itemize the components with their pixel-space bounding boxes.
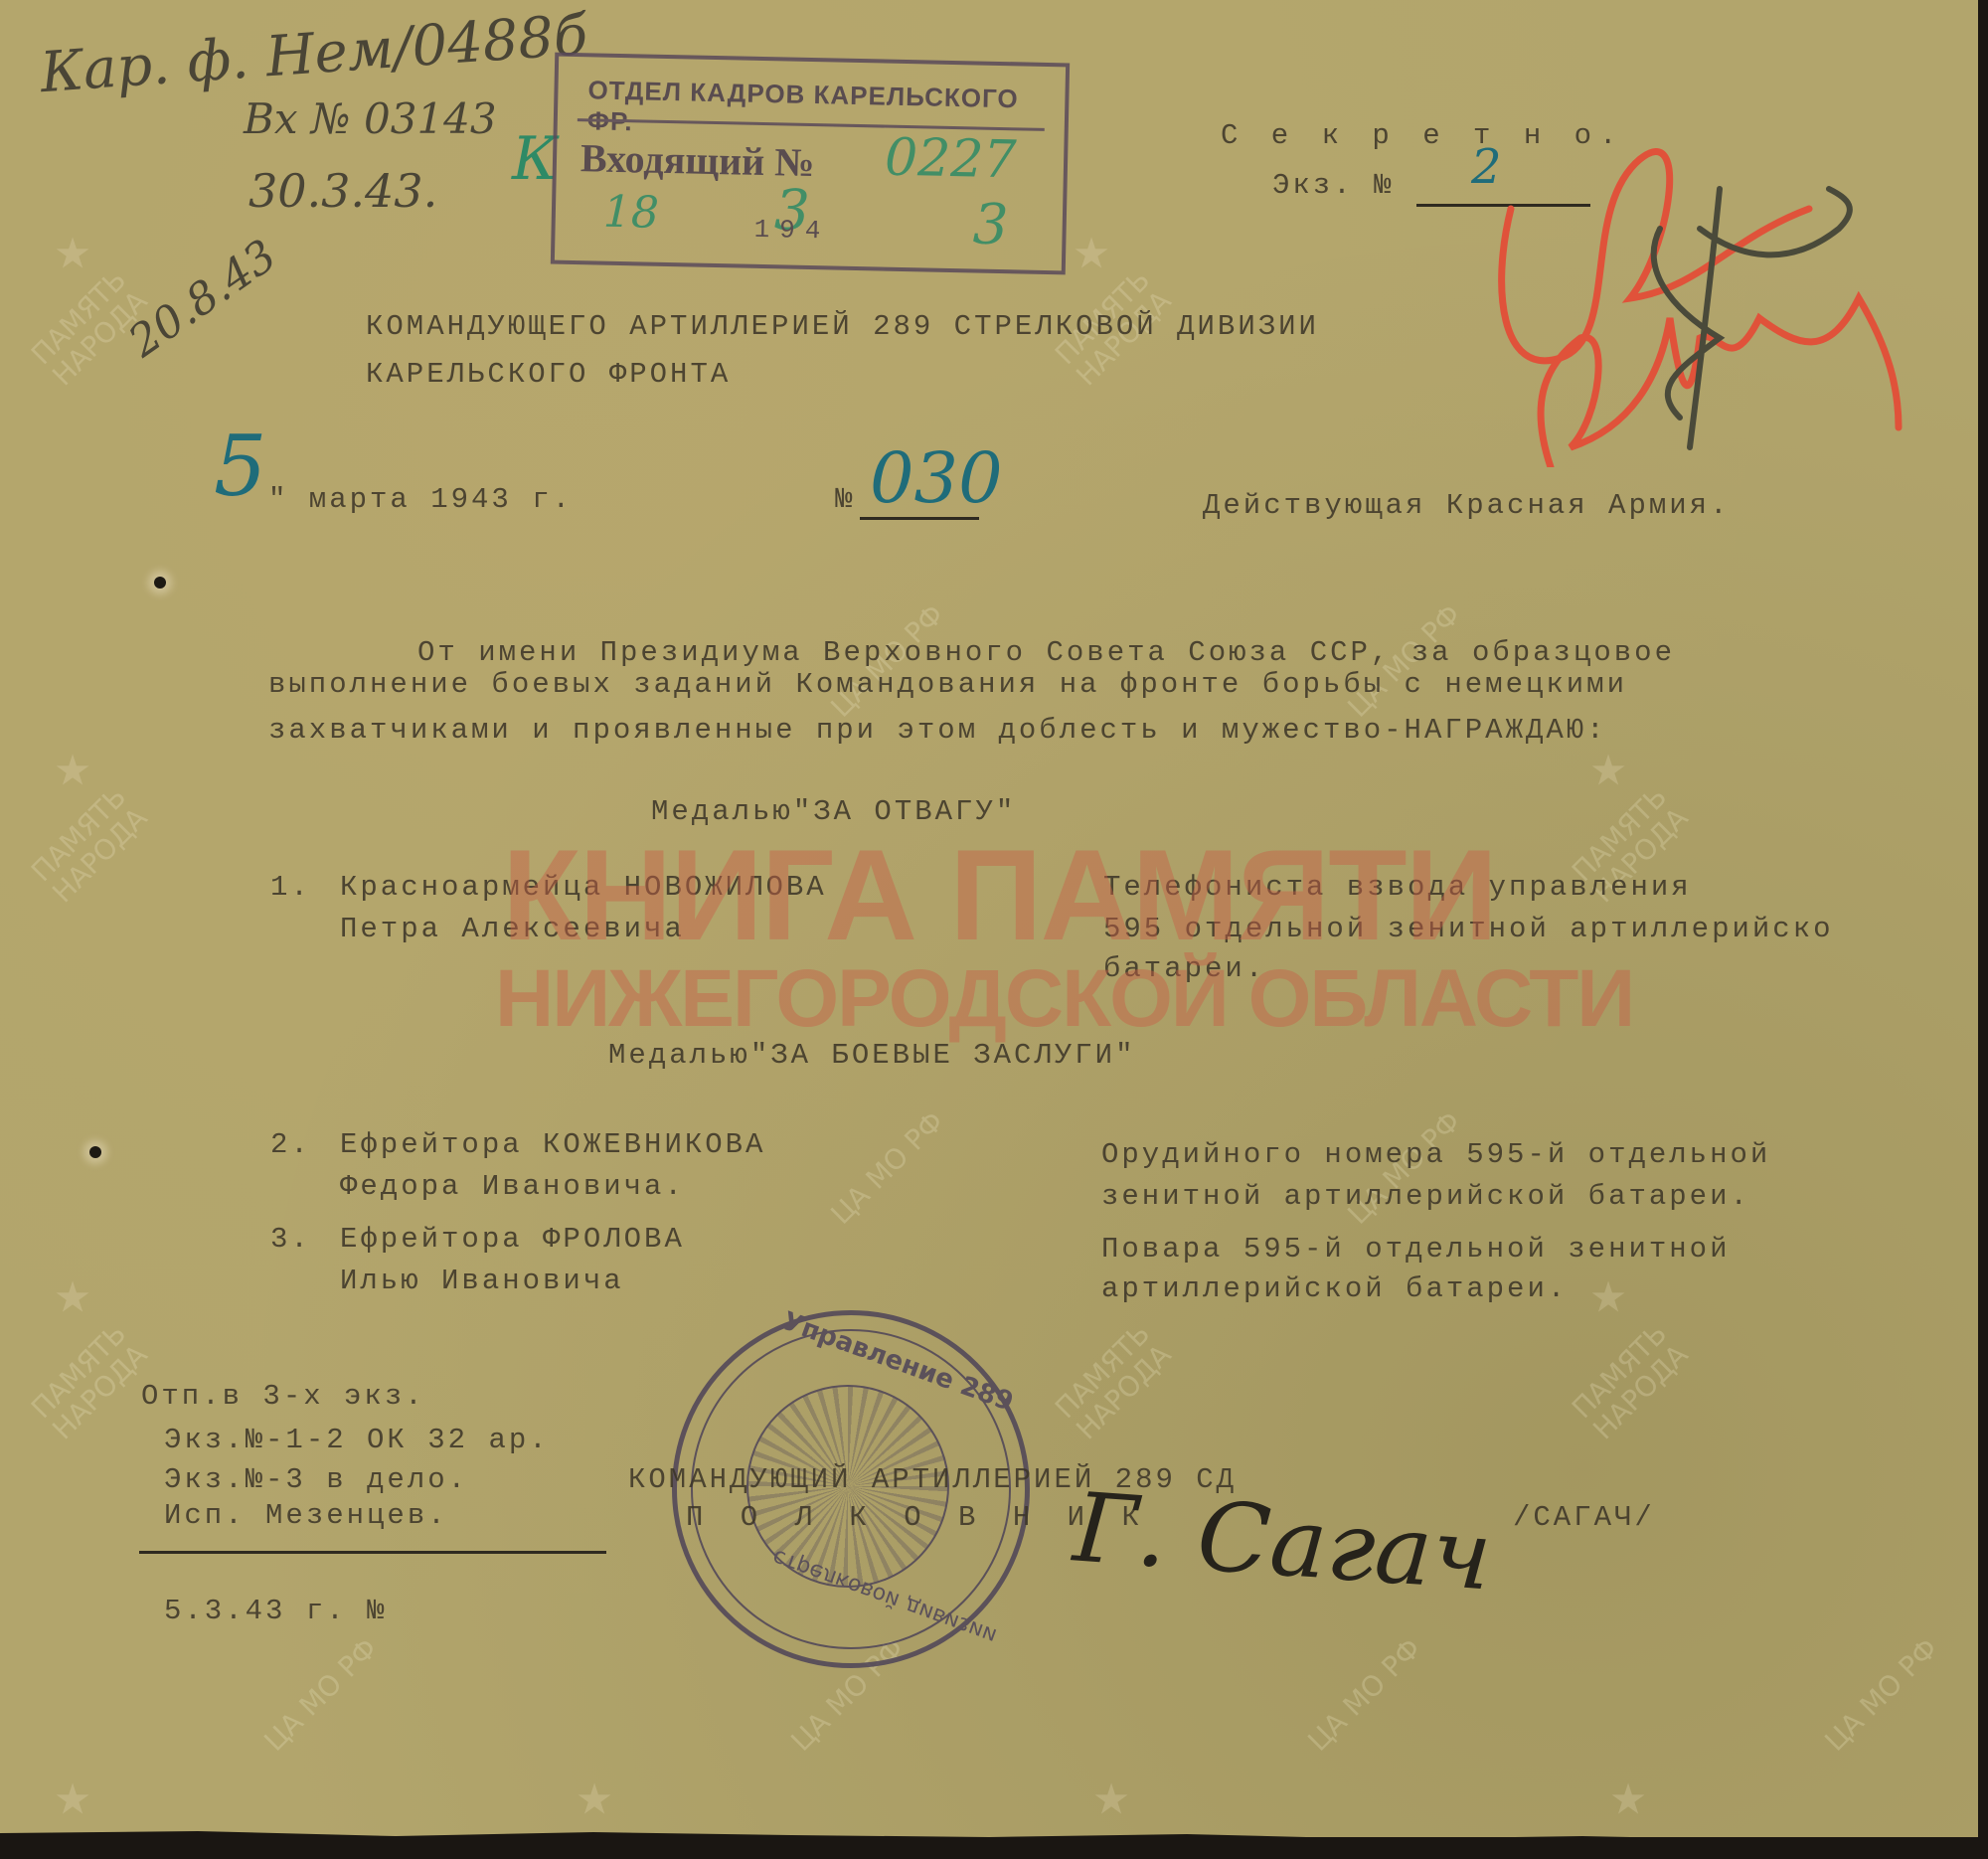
awardee-num: 1. xyxy=(270,871,311,904)
distribution-line-1: Отп.в 3-х экз. xyxy=(141,1380,425,1413)
preamble-line-1: От имени Президиума Верховного Совета Со… xyxy=(417,636,1675,669)
watermark-star-icon: ★ xyxy=(1074,214,1109,287)
preamble-line-3: захватчиками и проявленные при этом добл… xyxy=(268,714,1607,747)
watermark-star-icon: ★ xyxy=(55,1258,90,1331)
margin-note-incoming: Вх № 03143 xyxy=(244,94,497,143)
watermark-tsamo: ЦА МО РФ xyxy=(1303,1633,1426,1757)
copy-label: Экз. № xyxy=(1272,169,1394,202)
punch-hole xyxy=(89,1146,101,1158)
document-page: ПАМЯТЬ НАРОДА ПАМЯТЬ НАРОДА ПАМЯТЬ НАРОД… xyxy=(0,0,1978,1837)
margin-note-date: 30.3.43. xyxy=(248,164,437,218)
awardee-role: Орудийного номера 595-й отдельной xyxy=(1101,1138,1770,1171)
watermark-pamyat-naroda: ПАМЯТЬ НАРОДА xyxy=(1050,1318,1176,1444)
punch-hole xyxy=(154,577,166,589)
distribution-line-2: Экз.№-1-2 ОК 32 ар. xyxy=(164,1424,550,1456)
awardee-num: 2. xyxy=(270,1128,311,1161)
watermark-star-icon: ★ xyxy=(1590,1258,1626,1331)
stamp-year-suffix: 3 xyxy=(972,192,1009,257)
watermark-star-icon: ★ xyxy=(1610,1760,1646,1833)
awardee-role-2: зенитной артиллерийской батареи. xyxy=(1101,1180,1750,1213)
distribution-line-3: Экз.№-3 в дело. xyxy=(164,1463,468,1496)
stamp-year-label: 194 xyxy=(753,215,830,247)
watermark-pamyat-naroda: ПАМЯТЬ НАРОДА xyxy=(1567,1318,1693,1444)
awardee-name-2: Федора Ивановича. xyxy=(340,1170,685,1203)
preamble-line-2: выполнение боевых заданий Командования н… xyxy=(268,668,1627,701)
watermark-star-icon: ★ xyxy=(55,1760,90,1833)
incoming-stamp: ОТДЕЛ КАДРОВ КАРЕЛЬСКОГО ФР. Входящий № … xyxy=(551,53,1070,275)
order-number-label: № xyxy=(835,483,855,516)
section-title-boevye: Медалью"ЗА БОЕВЫЕ ЗАСЛУГИ" xyxy=(608,1039,1135,1072)
signatory-name: /САГАЧ/ xyxy=(1513,1501,1655,1534)
awardee-role-2: артиллерийской батареи. xyxy=(1101,1272,1568,1305)
watermark-pamyat-naroda: ПАМЯТЬ НАРОДА xyxy=(26,1318,152,1444)
date-day: 5 xyxy=(214,418,266,515)
watermark-star-icon: ★ xyxy=(55,214,90,287)
watermark-kniga-pamyati: КНИГА ПАМЯТИ xyxy=(502,820,1496,969)
location: Действующая Красная Армия. xyxy=(1203,489,1730,522)
distribution-divider xyxy=(139,1551,606,1554)
awardee-num: 3. xyxy=(270,1223,311,1256)
watermark-tsamo: ЦА МО РФ xyxy=(826,1106,949,1230)
torn-edge xyxy=(0,1825,1978,1845)
date-text: " марта 1943 г. xyxy=(268,483,573,516)
watermark-tsamo: ЦА МО РФ xyxy=(259,1633,383,1757)
distribution-line-4: Исп. Мезенцев. xyxy=(164,1499,448,1532)
watermark-star-icon: ★ xyxy=(55,731,90,804)
awardee-name: Ефрейтора КОЖЕВНИКОВА xyxy=(340,1128,765,1161)
heading-line-1: КОМАНДУЮЩЕГО АРТИЛЛЕРИЕЙ 289 СТРЕЛКОВОЙ … xyxy=(366,310,1319,343)
heading-line-2: КАРЕЛЬСКОГО ФРОНТА xyxy=(366,358,731,391)
watermark-region: НИЖЕГОРОДСКОЙ ОБЛАСТИ xyxy=(495,952,1633,1046)
stamp-number: 0227 xyxy=(885,128,1018,191)
awardee-role: Повара 595-й отдельной зенитной xyxy=(1101,1233,1731,1266)
incoming-mark: К xyxy=(512,124,558,194)
signature: Г. Сагач xyxy=(1071,1471,1496,1611)
margin-note-card: Кар. ф. Нем/0488б xyxy=(38,3,589,105)
watermark-star-icon: ★ xyxy=(1093,1760,1129,1833)
watermark-tsamo: ЦА МО РФ xyxy=(1820,1633,1943,1757)
awardee-name: Ефрейтора ФРОЛОВА xyxy=(340,1223,685,1256)
order-number: 030 xyxy=(870,437,1003,519)
resolution-scrawl xyxy=(1471,89,1968,467)
order-number-underline xyxy=(860,517,979,520)
watermark-star-icon: ★ xyxy=(577,1760,612,1833)
distribution-footer: 5.3.43 г. № xyxy=(164,1595,387,1627)
awardee-name-2: Илью Ивановича xyxy=(340,1265,624,1297)
stamp-day: 18 xyxy=(602,187,659,239)
